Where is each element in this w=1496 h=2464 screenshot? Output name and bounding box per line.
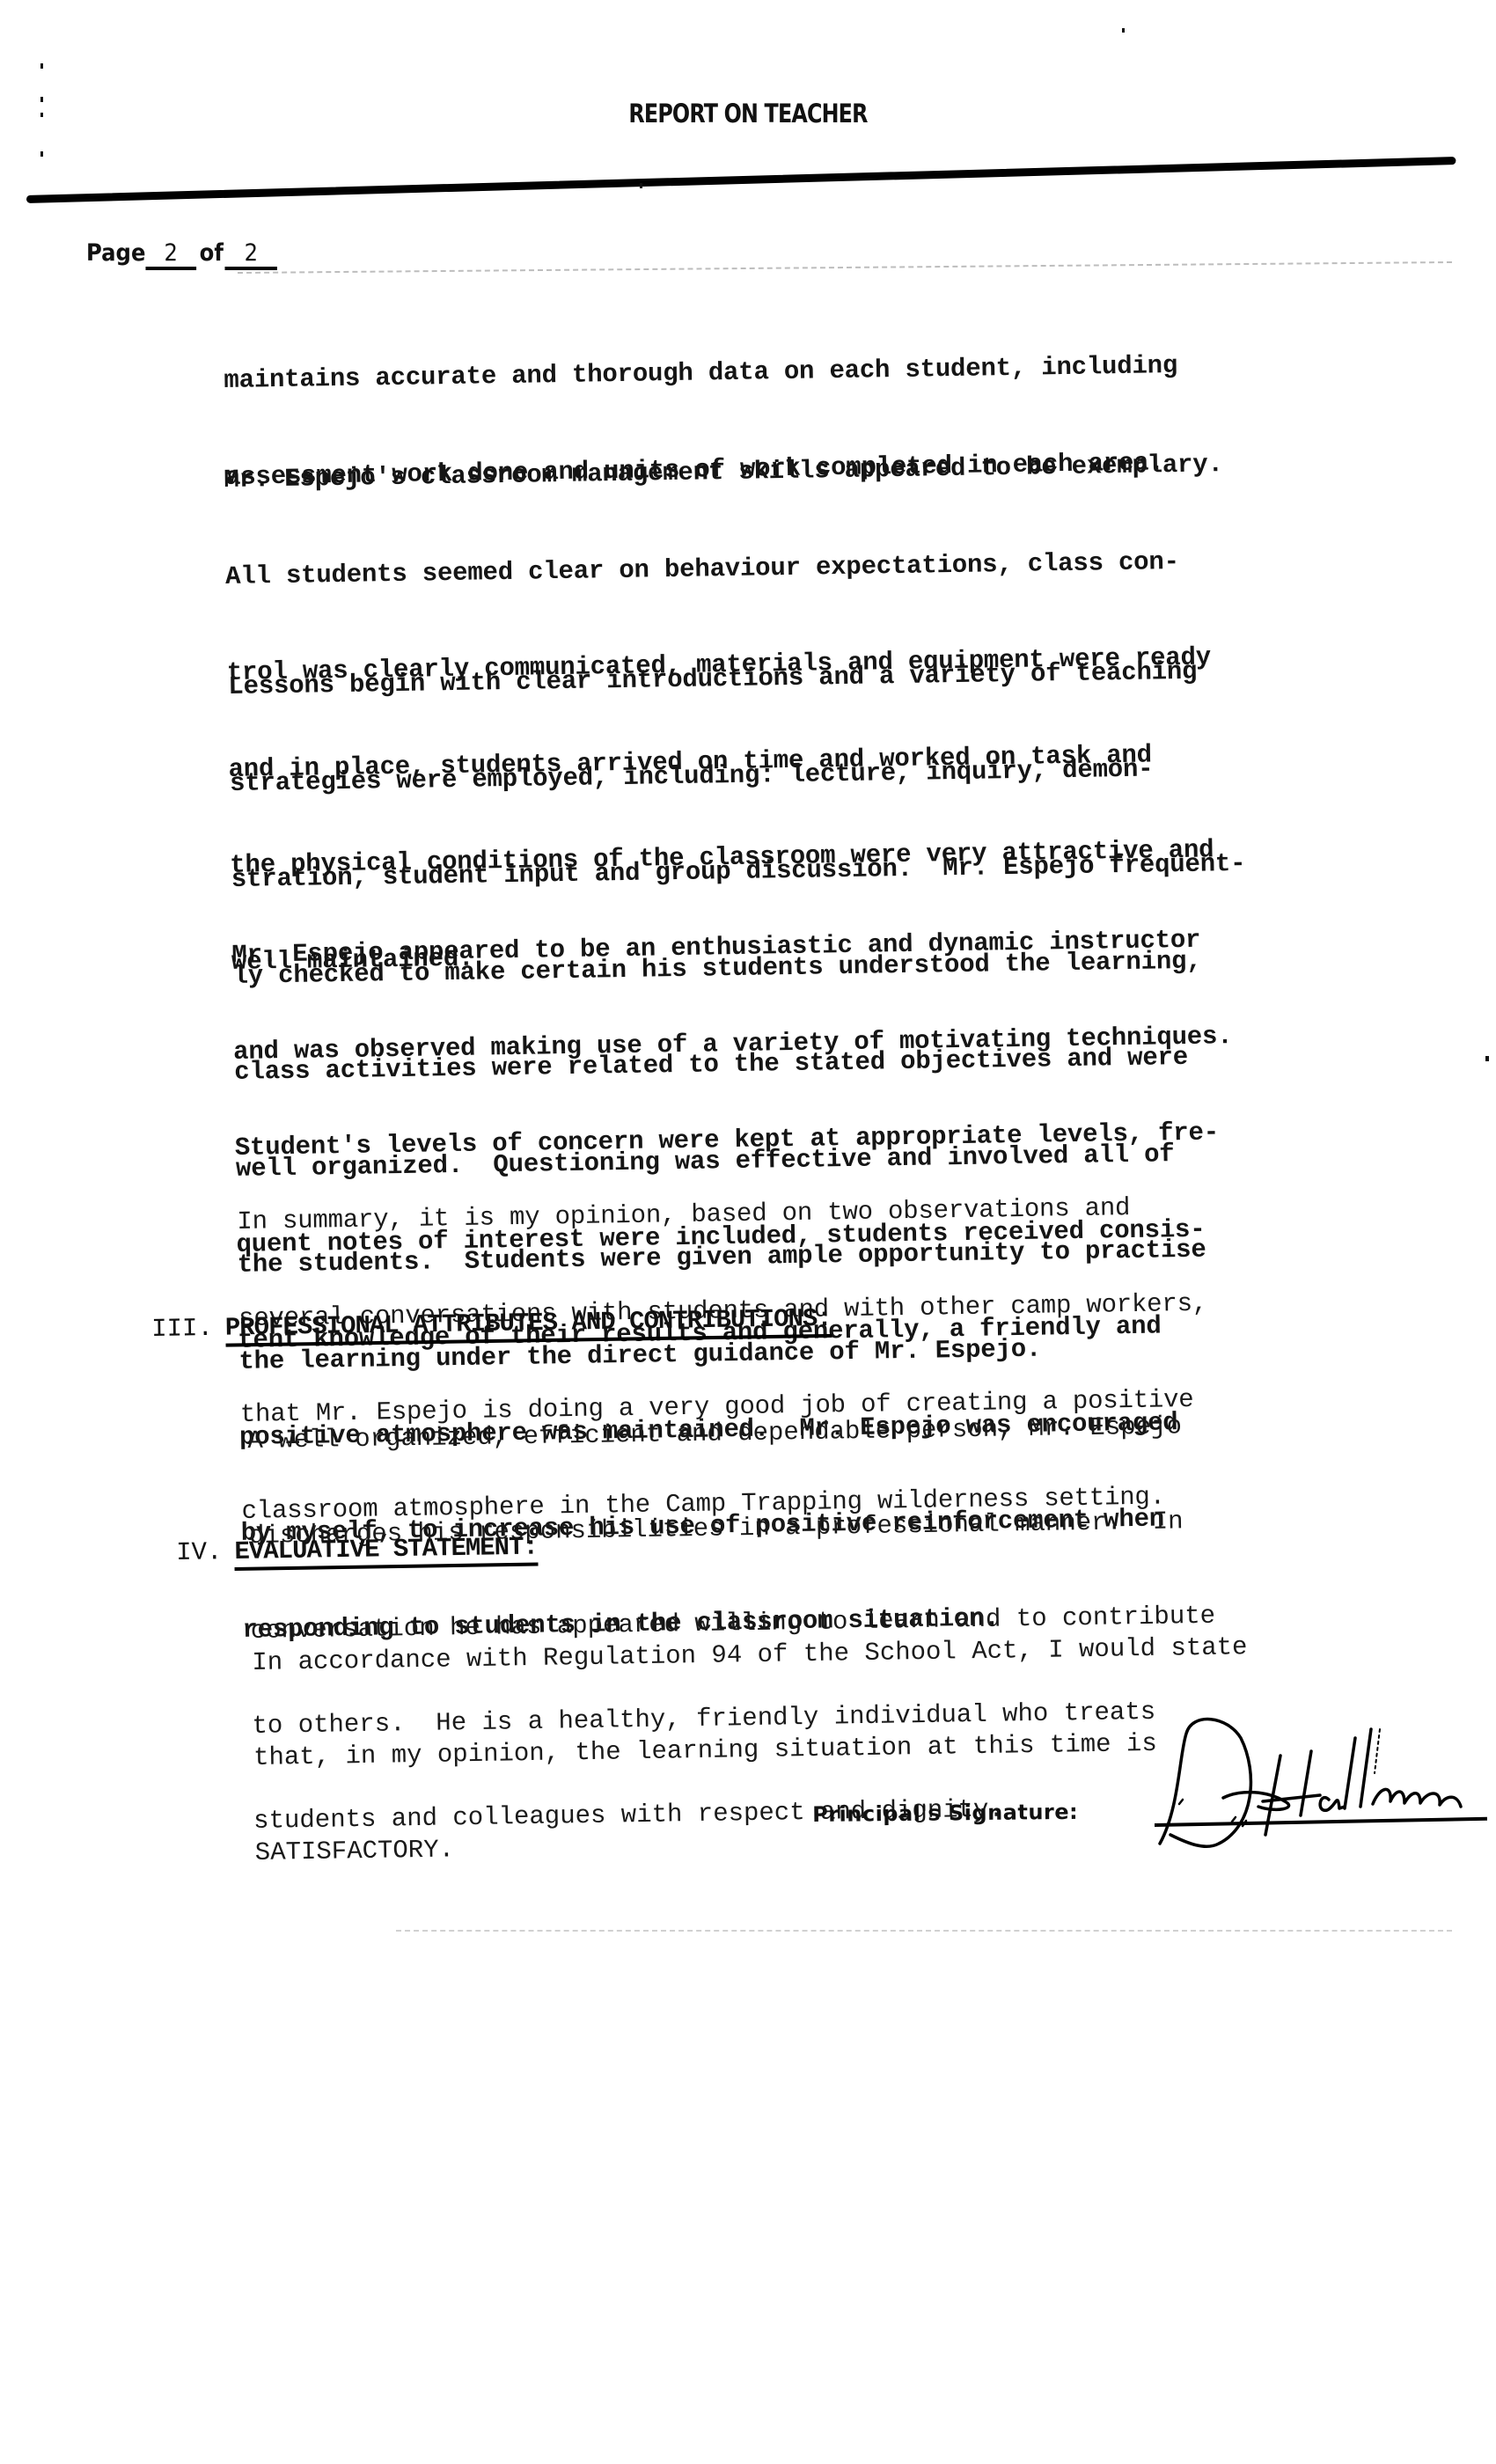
text-line: SATISFACTORY.: [255, 1822, 1251, 1869]
scan-speck: [1122, 28, 1125, 33]
text-line: Lessons begin with clear introductions a…: [228, 656, 1243, 704]
scan-speck: [40, 97, 43, 102]
page-total: 2: [225, 239, 277, 270]
text-line: A well organized, efficient and dependab…: [247, 1411, 1213, 1457]
text-line: All students seemed clear on behaviour e…: [225, 546, 1225, 593]
page-indicator: Page 2 of 2: [86, 239, 277, 270]
section-body-evaluative-statement: In accordance with Regulation 94 of the …: [251, 1568, 1251, 1901]
section-title: EVALUATIVE STATEMENT:: [234, 1533, 538, 1571]
scan-artifact-line: [396, 1930, 1452, 1933]
scan-artifact-line: [238, 261, 1452, 275]
section-numeral: IV.: [176, 1537, 223, 1567]
text-line: In summary, it is my opinion, based on t…: [237, 1192, 1206, 1239]
scan-speck: [40, 151, 43, 157]
text-line: and was observed making use of a variety…: [233, 1021, 1233, 1068]
scan-speck: [40, 63, 43, 69]
page-current: 2: [145, 239, 196, 270]
page-of-label: of: [200, 239, 224, 267]
text-line: strategies were employed, including: lec…: [230, 752, 1244, 800]
text-line: Mr. Espejo appeared to be an enthusiasti…: [231, 924, 1231, 972]
text-line: Mr. Espejo's classroom management skills…: [224, 449, 1223, 496]
handwritten-signature-icon: [1144, 1703, 1496, 1852]
text-line: In accordance with Regulation 94 of the …: [252, 1632, 1248, 1679]
signature-label: Principal's Signature:: [812, 1800, 1078, 1827]
header-divider: [26, 157, 1456, 203]
section-heading-evaluative-statement: IV. EVALUATIVE STATEMENT:: [176, 1533, 538, 1572]
text-line: that, in my opinion, the learning situat…: [253, 1727, 1250, 1774]
document-title: REPORT ON TEACHER: [135, 99, 1361, 128]
scan-speck: [40, 113, 43, 117]
scan-speck: [640, 183, 642, 188]
scan-speck: [1485, 1056, 1489, 1061]
section-numeral: III.: [151, 1314, 213, 1344]
page-label: Page: [86, 239, 145, 267]
